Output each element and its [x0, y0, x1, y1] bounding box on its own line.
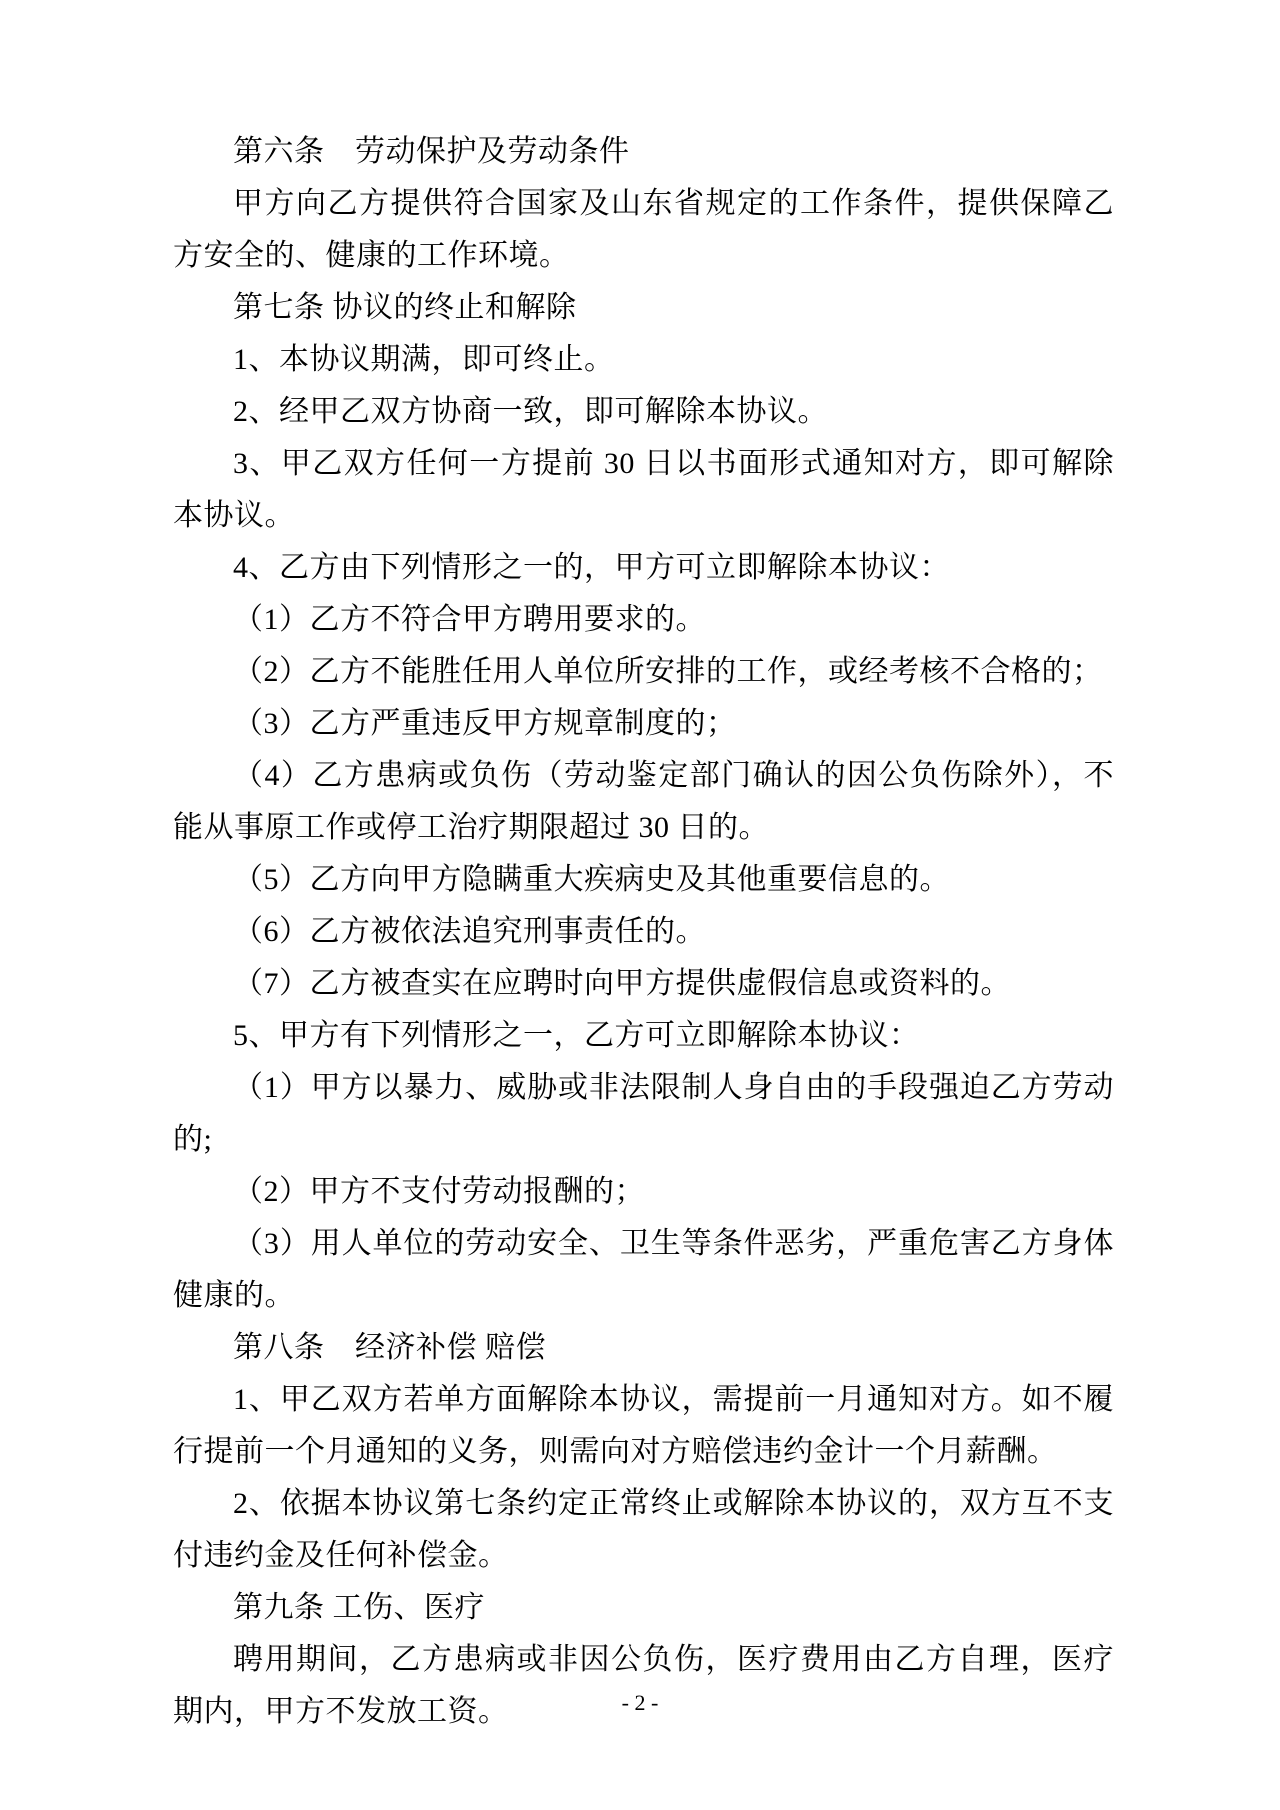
- paragraph-2: 甲方向乙方提供符合国家及山东省规定的工作条件，提供保障乙方安全的、健康的工作环境…: [173, 178, 1114, 282]
- paragraph-13: （6）乙方被依法追究刑事责任的。: [173, 906, 1114, 958]
- paragraph-23: 聘用期间，乙方患病或非因公负伤，医疗费用由乙方自理，医疗期内，甲方不发放工资。: [173, 1634, 1114, 1738]
- paragraph-19: 第八条 经济补偿 赔偿: [173, 1322, 1114, 1374]
- paragraph-18: （3）用人单位的劳动安全、卫生等条件恶劣，严重危害乙方身体健康的。: [173, 1218, 1114, 1322]
- paragraph-10: （3）乙方严重违反甲方规章制度的；: [173, 698, 1114, 750]
- paragraph-3: 第七条 协议的终止和解除: [173, 282, 1114, 334]
- paragraph-16: （1）甲方以暴力、威胁或非法限制人身自由的手段强迫乙方劳动的;: [173, 1062, 1114, 1166]
- paragraph-8: （1）乙方不符合甲方聘用要求的。: [173, 594, 1114, 646]
- paragraph-9: （2）乙方不能胜任用人单位所安排的工作，或经考核不合格的；: [173, 646, 1114, 698]
- paragraph-7: 4、乙方由下列情形之一的，甲方可立即解除本协议：: [173, 542, 1114, 594]
- paragraph-4: 1、本协议期满，即可终止。: [173, 334, 1114, 386]
- paragraph-22: 第九条 工伤、医疗: [173, 1582, 1114, 1634]
- paragraph-15: 5、甲方有下列情形之一，乙方可立即解除本协议：: [173, 1010, 1114, 1062]
- document-body: 第六条 劳动保护及劳动条件甲方向乙方提供符合国家及山东省规定的工作条件，提供保障…: [173, 126, 1114, 1738]
- paragraph-20: 1、甲乙双方若单方面解除本协议，需提前一月通知对方。如不履行提前一个月通知的义务…: [173, 1374, 1114, 1478]
- paragraph-11: （4）乙方患病或负伤（劳动鉴定部门确认的因公负伤除外），不能从事原工作或停工治疗…: [173, 750, 1114, 854]
- paragraph-1: 第六条 劳动保护及劳动条件: [173, 126, 1114, 178]
- paragraph-5: 2、经甲乙双方协商一致，即可解除本协议。: [173, 386, 1114, 438]
- paragraph-12: （5）乙方向甲方隐瞒重大疾病史及其他重要信息的。: [173, 854, 1114, 906]
- paragraph-14: （7）乙方被查实在应聘时向甲方提供虚假信息或资料的。: [173, 958, 1114, 1010]
- paragraph-6: 3、甲乙双方任何一方提前 30 日以书面形式通知对方，即可解除本协议。: [173, 438, 1114, 542]
- paragraph-21: 2、依据本协议第七条约定正常终止或解除本协议的，双方互不支付违约金及任何补偿金。: [173, 1478, 1114, 1582]
- paragraph-17: （2）甲方不支付劳动报酬的；: [173, 1166, 1114, 1218]
- page-number: - 2 -: [0, 1690, 1280, 1716]
- document-page: 第六条 劳动保护及劳动条件甲方向乙方提供符合国家及山东省规定的工作条件，提供保障…: [0, 0, 1280, 1810]
